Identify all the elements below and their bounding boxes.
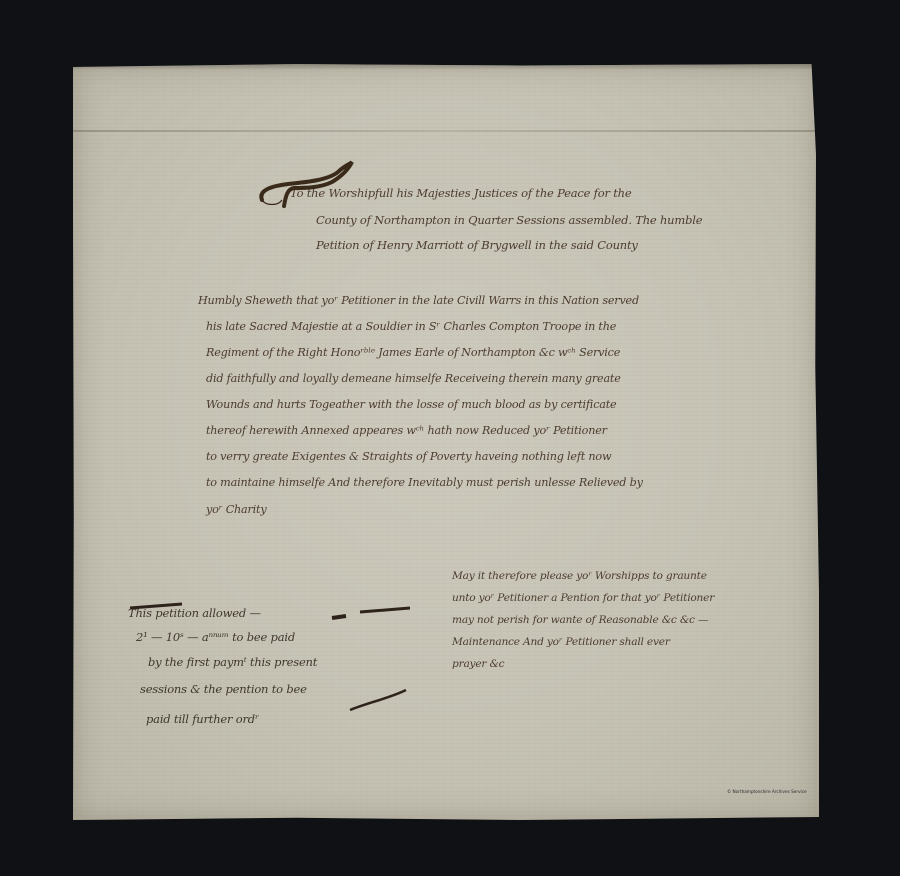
header-line-1: To the Worshipfull his Majesties Justice… xyxy=(290,186,631,200)
body-line-3: Regiment of the Right Honoʳᵇˡᵉ James Ear… xyxy=(206,346,620,359)
body-line-2: his late Sacred Majestie at a Souldier i… xyxy=(206,320,616,333)
prayer-line-4: Maintenance And yoʳ Petitioner shall eve… xyxy=(452,636,670,648)
prayer-line-2: unto yoʳ Petitioner a Pention for that y… xyxy=(452,592,714,604)
paper-fold-line xyxy=(73,130,819,132)
prayer-line-1: May it therefore please yoʳ Worshipps to… xyxy=(452,570,707,582)
prayer-line-3: may not perish for wante of Reasonable &… xyxy=(452,614,708,626)
body-line-8: to maintaine himselfe And therefore Inev… xyxy=(206,476,643,489)
body-line-1: Humbly Sheweth that yoʳ Petitioner in th… xyxy=(198,294,639,307)
header-line-3: Petition of Henry Marriott of Brygwell i… xyxy=(316,238,638,252)
order-flourish-strokes-icon xyxy=(110,590,410,740)
body-line-7: to verry greate Exigentes & Straights of… xyxy=(206,450,611,463)
body-line-4: did faithfully and loyally demeane himse… xyxy=(206,372,621,385)
prayer-line-5: prayer &c xyxy=(452,658,504,670)
body-line-9: yoʳ Charity xyxy=(206,503,266,516)
decorative-initial-t-icon xyxy=(258,160,358,210)
body-line-5: Wounds and hurts Togeather with the loss… xyxy=(206,398,616,411)
header-line-2: County of Northampton in Quarter Session… xyxy=(316,213,702,227)
body-line-6: thereof herewith Annexed appeares wᶜʰ ha… xyxy=(206,424,607,437)
copyright-notice: © Northamptonshire Archives Service xyxy=(727,789,807,794)
